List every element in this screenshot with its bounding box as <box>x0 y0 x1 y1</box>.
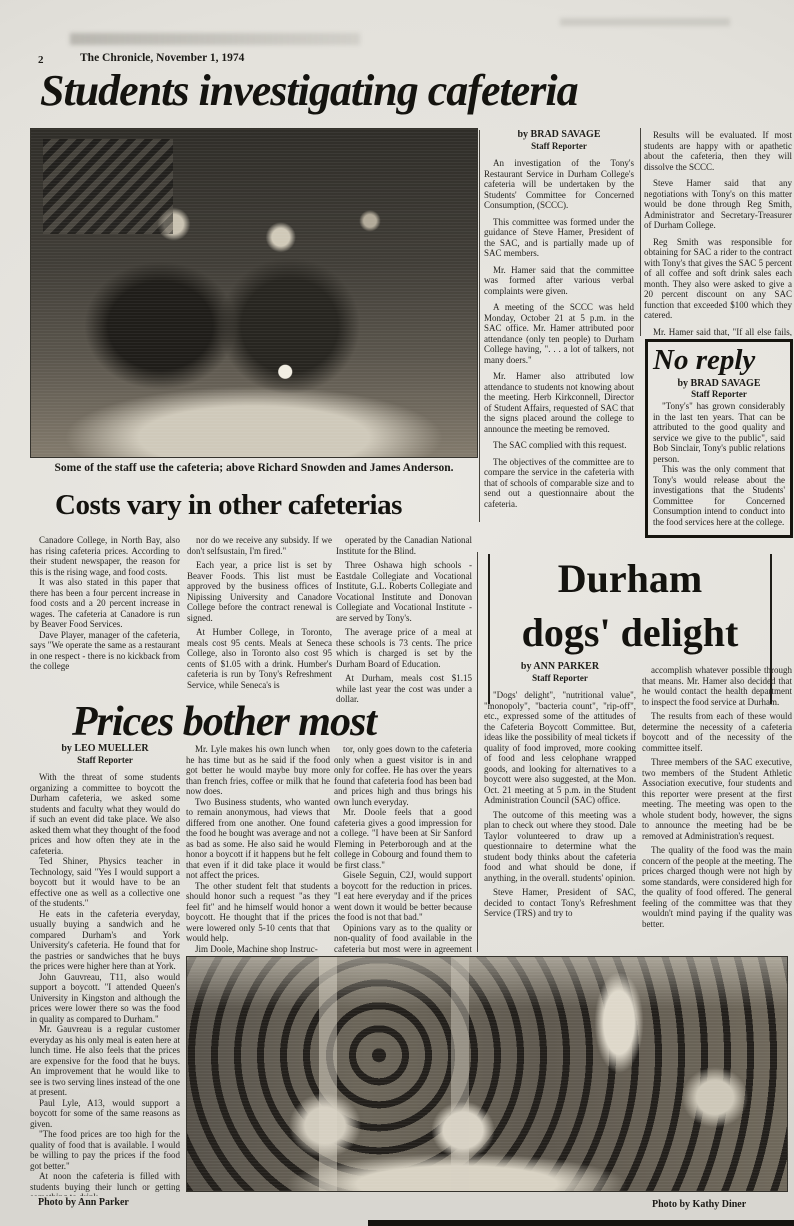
paragraph: The outcome of this meeting was a plan t… <box>484 810 636 884</box>
photo-credit-left: Photo by Ann Parker <box>38 1197 129 1208</box>
paragraph: Steve Hamer, President of SAC, decided t… <box>484 887 636 919</box>
column-rule <box>479 130 480 522</box>
paragraph: Mr. Doole feels that a good cafeteria gi… <box>334 807 472 870</box>
paragraph: nor do we receive any subsidy. If we don… <box>187 535 332 556</box>
photo-background-pattern <box>43 139 173 234</box>
no-reply-headline: No reply <box>653 344 785 376</box>
paragraph: Two Business students, who wanted to rem… <box>186 797 330 881</box>
prices-bother-col3: tor, only goes down to the cafeteria onl… <box>334 744 472 954</box>
paragraph: The objectives of the committee are to c… <box>484 457 634 510</box>
byline: by BRAD SAVAGE <box>484 130 634 141</box>
paragraph: Three members of the SAC executive, two … <box>642 757 792 841</box>
paragraph: Canadore College, in North Bay, also has… <box>30 535 180 577</box>
paragraph: tor, only goes down to the cafeteria onl… <box>334 744 472 807</box>
cafeteria-crowd-photo <box>186 956 788 1192</box>
page-number: 2 <box>38 54 44 66</box>
no-reply-text: "Tony's" has grown considerably in the l… <box>653 401 785 527</box>
paragraph: Mr. Hamer said that the committee was fo… <box>484 265 634 297</box>
byline: by BRAD SAVAGE <box>653 378 785 389</box>
durham-dogs-headline-line1: Durham <box>490 552 770 606</box>
durham-dogs-headline-line2: dogs' delight <box>490 606 770 660</box>
paragraph: Mr. Hamer also attributed low attendance… <box>484 371 634 434</box>
paragraph: Steve Hamer said that any negotiations w… <box>644 178 792 231</box>
durham-dogs-col1-text: "Dogs' delight", "nutritional value", "m… <box>484 690 636 919</box>
paragraph: "The food prices are too high for the qu… <box>30 1129 180 1171</box>
paragraph: He eats in the cafeteria everyday, usual… <box>30 909 180 972</box>
article-main-col2: Results will be evaluated. If most stude… <box>644 130 792 336</box>
photo-credit-right: Photo by Kathy Diner <box>652 1199 746 1210</box>
column-rule <box>640 128 641 336</box>
paragraph: "Dogs' delight", "nutritional value", "m… <box>484 690 636 806</box>
byline-role: Staff Reporter <box>484 141 634 152</box>
print-bleed-smudge <box>560 18 730 26</box>
paragraph: This committee was formed under the guid… <box>484 217 634 259</box>
paragraph: Mr. Lyle makes his own lunch when he has… <box>186 744 330 797</box>
prices-bother-headline: Prices bother most <box>72 698 472 746</box>
paragraph: Ted Shiner, Physics teacher in Technolog… <box>30 856 180 909</box>
print-bleed-smudge <box>70 33 360 45</box>
paragraph: Jim Doole, Machine shop Instruc- <box>186 944 330 955</box>
paragraph: At noon the cafeteria is filled with stu… <box>30 1171 180 1196</box>
top-photo-caption: Some of the staff use the cafeteria; abo… <box>30 462 478 474</box>
paragraph: The other student felt that students sho… <box>186 881 330 944</box>
paragraph: Three Oshawa high schools - Eastdale Col… <box>336 560 472 623</box>
paragraph: Reg Smith was responsible for obtaining … <box>644 237 792 321</box>
paragraph: This was the only comment that Tony's wo… <box>653 464 785 527</box>
article-main-col1: by BRAD SAVAGE Staff Reporter An investi… <box>484 130 634 524</box>
paragraph: operated by the Canadian National Instit… <box>336 535 472 556</box>
durham-dogs-col2: accomplish whatever possible through tha… <box>642 665 792 952</box>
paragraph: accomplish whatever possible through tha… <box>642 665 792 707</box>
paragraph: With the threat of some students organiz… <box>30 772 180 856</box>
section-rule <box>477 552 478 952</box>
paragraph: John Gauvreau, T11, also would support a… <box>30 972 180 1025</box>
byline-role: Staff Reporter <box>653 389 785 399</box>
byline-role: Staff Reporter <box>30 755 180 766</box>
paragraph: Mr. Gauvreau is a regular customer every… <box>30 1024 180 1098</box>
paragraph: The average price of a meal at these sch… <box>336 627 472 669</box>
costs-vary-col2: nor do we receive any subsidy. If we don… <box>187 535 332 707</box>
paragraph: A meeting of the SCCC was held Monday, O… <box>484 302 634 365</box>
paragraph: Gisele Seguin, C2J, would support a boyc… <box>334 870 472 923</box>
newspaper-page: 2 The Chronicle, November 1, 1974 Studen… <box>0 0 794 1226</box>
durham-dogs-col1: by ANN PARKER Staff Reporter "Dogs' deli… <box>484 662 636 952</box>
prices-bother-col1-text: With the threat of some students organiz… <box>30 772 180 1196</box>
costs-vary-col3: operated by the Canadian National Instit… <box>336 535 472 707</box>
paragraph: Dave Player, manager of the cafeteria, s… <box>30 630 180 672</box>
prices-bother-col1: by LEO MUELLER Staff Reporter With the t… <box>30 744 180 1196</box>
cafeteria-staff-photo <box>30 128 478 458</box>
paragraph: Mr. Hamer said that, "If all else fails,… <box>644 327 792 337</box>
masthead: The Chronicle, November 1, 1974 <box>80 52 244 64</box>
paragraph: The SAC complied with this request. <box>484 440 634 451</box>
byline: by LEO MUELLER <box>30 744 180 755</box>
no-reply-box: No reply by BRAD SAVAGE Staff Reporter "… <box>645 339 793 538</box>
paragraph: "Tony's" has grown considerably in the l… <box>653 401 785 464</box>
prices-bother-col2: Mr. Lyle makes his own lunch when he has… <box>186 744 330 954</box>
costs-vary-headline: Costs vary in other cafeterias <box>55 489 475 522</box>
main-headline: Students investigating cafeteria <box>40 68 788 114</box>
paragraph: The quality of the food was the main con… <box>642 845 792 929</box>
paragraph: At Humber College, in Toronto, meals cos… <box>187 627 332 690</box>
byline: by ANN PARKER <box>484 662 636 673</box>
paragraph: Each year, a price list is set by Beaver… <box>187 560 332 623</box>
paragraph: The results from each of these would det… <box>642 711 792 753</box>
paragraph: Opinions vary as to the quality or non-q… <box>334 923 472 955</box>
paragraph: An investigation of the Tony's Restauran… <box>484 158 634 211</box>
article-main-col1-text: An investigation of the Tony's Restauran… <box>484 158 634 509</box>
byline-role: Staff Reporter <box>484 673 636 684</box>
costs-vary-col1: Canadore College, in North Bay, also has… <box>30 535 180 707</box>
page-bottom-edge <box>368 1220 794 1226</box>
paragraph: Results will be evaluated. If most stude… <box>644 130 792 172</box>
paragraph: It was also stated in this paper that th… <box>30 577 180 630</box>
paragraph: Paul Lyle, A13, would support a boycott … <box>30 1098 180 1130</box>
